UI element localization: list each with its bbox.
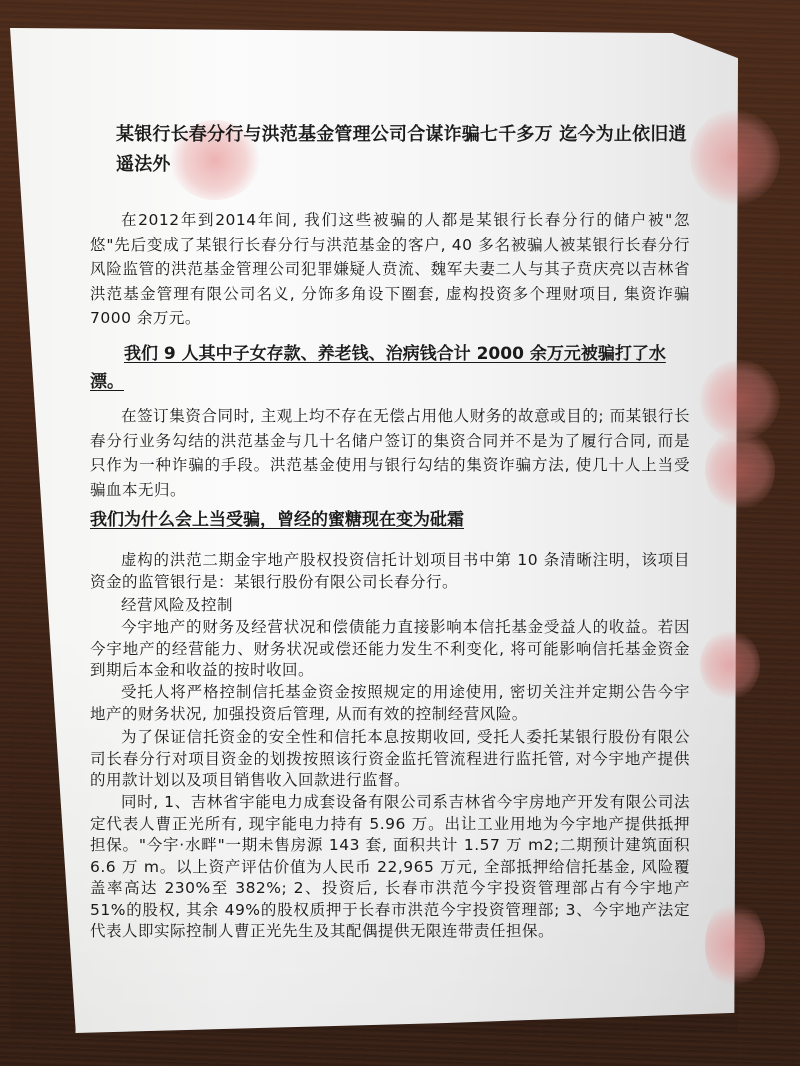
paragraph-project-book: 虚构的洪范二期金宇地产股权投资信托计划项目书中第 10 条清晰注明，该项目资金的… [90, 550, 690, 593]
heading-losses: 我们 9 人其中子女存款、养老钱、治病钱合计 2000 余万元被骗打了水漂。 [90, 340, 690, 396]
paragraph-collateral: 同时, 1、吉林省宇能电力成套设备有限公司系吉林省今宇房地产开发有限公司法定代表… [90, 792, 690, 943]
paragraph-contract: 在签订集资合同时, 主观上均不存在无偿占用他人财务的故意或目的; 而某银行长春分… [90, 404, 690, 502]
document-title: 某银行长春分行与洪范基金管理公司合谋诈骗七千多万 迄今为止依旧逍遥法外 [116, 120, 696, 180]
subheading-risk-control: 经营风险及控制 [90, 595, 690, 617]
heading-why-deceived: 我们为什么会上当受骗，曾经的蜜糖现在变为砒霜 [90, 506, 690, 534]
paragraph-trustee: 受托人将严格控制信托基金资金按照规定的用途使用, 密切关注并定期公告今宇地产的财… [90, 682, 690, 725]
paragraph-risk: 今宇地产的财务及经营状况和偿债能力直接影响本信托基金受益人的收益。若因今宇地产的… [90, 617, 690, 682]
paragraph-intro: 在2012年到2014年间, 我们这些被骗的人都是某银行长春分行的储户被"忽悠"… [90, 208, 690, 331]
document-content: 某银行长春分行与洪范基金管理公司合谋诈骗七千多万 迄今为止依旧逍遥法外 在201… [0, 0, 800, 1066]
paragraph-supervision: 为了保证信托资金的安全性和信托本息按期收回, 受托人委托某银行股份有限公司长春分… [90, 727, 690, 792]
